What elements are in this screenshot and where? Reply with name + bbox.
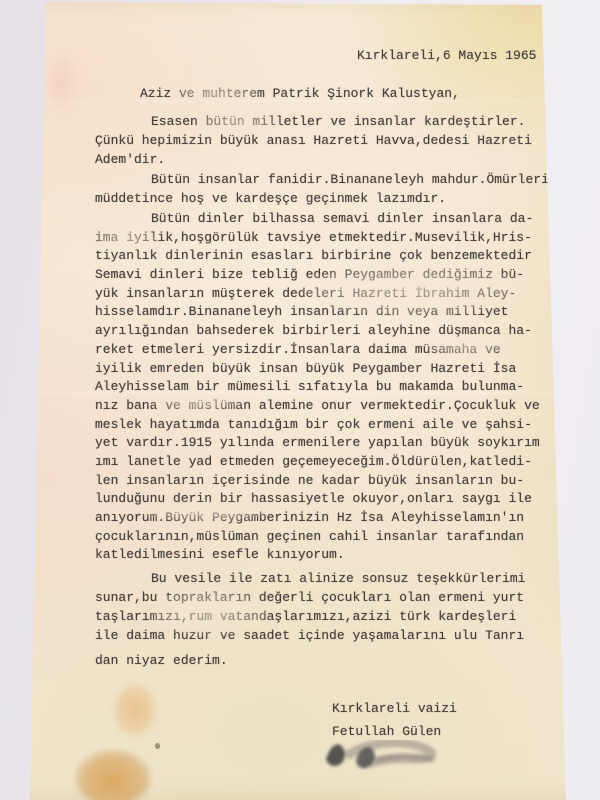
letter-line: Çünkü hepimizin büyük anası Hazreti Havv… [95, 131, 532, 150]
letter-line: sunar,bu toprakların değerli çocukları o… [95, 588, 525, 607]
letter-salutation: Aziz ve muhterem Patrik Şinork Kalustyan… [140, 86, 460, 101]
letter-paragraph-4: Bu vesile ile zatı alinize sonsuz teşekk… [95, 569, 525, 670]
letter-line: reket etmeleri yersizdir.İnsanlara daima… [95, 341, 540, 360]
letter-line: tiyanlık dinlerinin esasları birbirine ç… [95, 247, 540, 266]
letter-line: Aleyhisselam bir mümesili sıfatıyla bu m… [95, 378, 540, 397]
letter-paragraph-3: Bütün dinler bilhassa semavi dinler insa… [95, 210, 540, 565]
letter-line: ima iyilik,hoşgörülük tavsiye etmektedir… [95, 229, 540, 248]
letter-line: yük insanların müşterek dedeleri Hazreti… [95, 285, 540, 304]
letter-line: çocuklarının,müslüman geçinen cahil insa… [95, 528, 540, 547]
letter-line: dan niyaz ederim. [95, 651, 525, 670]
letter-line: ımı lanetle yad etmeden geçemeyeceğim.Öl… [95, 453, 540, 472]
letter-line: hisselamdır.Binananeleyh insanların din … [95, 303, 540, 322]
letter-date: Kırklareli,6 Mayıs 1965 [357, 48, 536, 63]
letter-line: lunduğunu derin bir hassasiyetle okuyor,… [95, 490, 540, 509]
paper-stain-small [113, 683, 157, 737]
letter-line: nız bana ve müslüman alemine onur vermek… [95, 397, 540, 416]
letter-line: Bu vesile ile zatı alinize sonsuz teşekk… [95, 569, 525, 588]
letter-line: iyilik emreden büyük insan büyük Peygamb… [95, 360, 540, 379]
letter-line: ayrılığından bahsederek birbirleri aleyh… [95, 322, 540, 341]
photo-background: Kırklareli,6 Mayıs 1965 Aziz ve muhterem… [0, 0, 600, 800]
paper-stain-large [75, 750, 151, 800]
paper-stain-edge [44, 52, 78, 112]
letter-line: Adem'dir. [95, 150, 532, 169]
letter-line: müddetince hoş ve kardeşçe geçinmek lazı… [95, 189, 549, 208]
letter-line: ile daima huzur ve saadet içinde yaşamal… [95, 626, 525, 645]
letter-paragraph-1: Esasen bütün milletler ve insanlar karde… [95, 112, 532, 169]
letter-line: len insanların içerisinde ne kadar büyük… [95, 472, 540, 491]
letter-line: Bütün dinler bilhassa semavi dinler insa… [95, 210, 540, 229]
letter-line: katledilmesini esefle kınıyorum. [95, 546, 540, 565]
letter-line: Semavi dinleri bize tebliğ eden Peygambe… [95, 266, 540, 285]
letter-paper: Kırklareli,6 Mayıs 1965 Aziz ve muhterem… [0, 0, 600, 800]
paper-speck [155, 743, 160, 749]
letter-line: meslek hayatımda tanıdığım bir çok ermen… [95, 416, 540, 435]
letter-line: anıyorum.Büyük Peygamberinizin Hz İsa Al… [95, 509, 540, 528]
letter-line: taşlarımızı,rum vatandaşlarımızı,azizi t… [95, 607, 525, 626]
letter-paragraph-2: Bütün insanlar fanidir.Binananeleyh mahd… [95, 170, 549, 208]
letter-line: yet vardır.1915 yılında ermenilere yapıl… [95, 434, 540, 453]
signature-ink-mark [316, 730, 456, 778]
letter-line: Esasen bütün milletler ve insanlar karde… [95, 112, 532, 131]
closing-title: Kırklareli vaizi [332, 697, 457, 720]
letter-line: Bütün insanlar fanidir.Binananeleyh mahd… [95, 170, 549, 189]
